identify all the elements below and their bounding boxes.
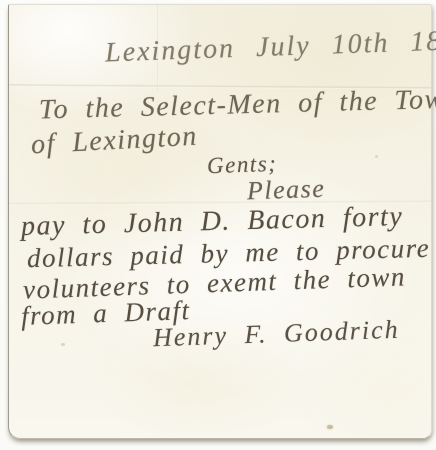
age-spot: [61, 343, 65, 346]
age-spot: [327, 425, 333, 429]
letter-recipient-line-1: To the Select-Men of the Town: [39, 83, 436, 126]
age-spot: [375, 155, 378, 158]
letter-paper: Lexington July 10th 1864 To the Select-M…: [8, 4, 432, 439]
letter-body-opening-word: Please: [247, 174, 326, 207]
scan-background: Lexington July 10th 1864 To the Select-M…: [0, 0, 436, 450]
letter-dateline: Lexington July 10th 1864: [105, 25, 436, 70]
letter-recipient-line-2: of Lexington: [30, 121, 198, 162]
